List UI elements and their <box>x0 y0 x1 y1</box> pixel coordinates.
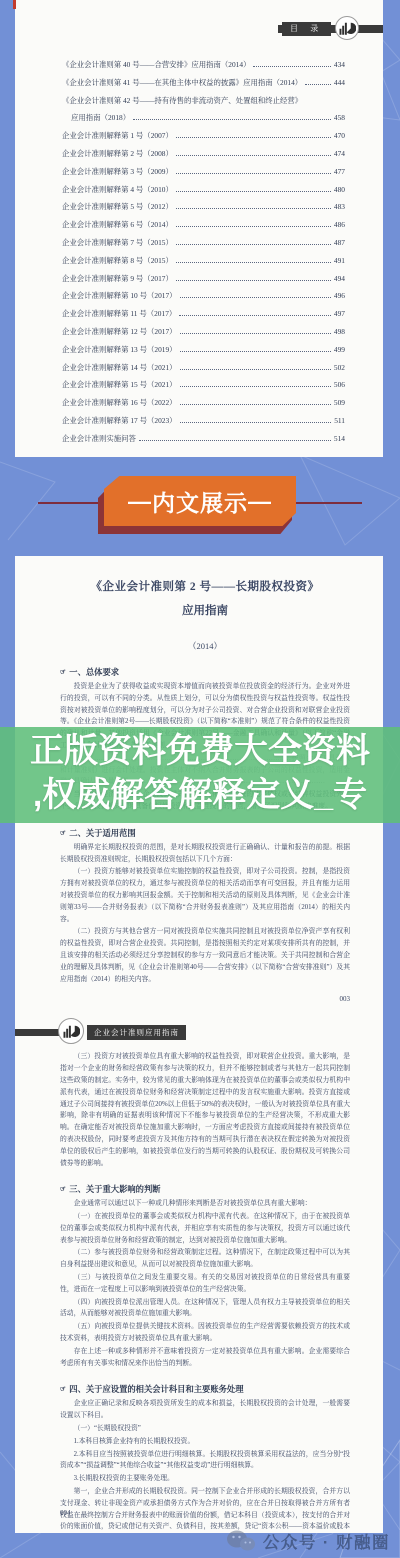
toc-list: 《企业会计准则第 40 号——合营安排》应用指南（2014）434 《企业会计准… <box>62 59 345 451</box>
doc-subtitle: 应用指南 <box>60 604 350 619</box>
toc-entry: 企业会计准则解释第 14 号（2021）502 <box>62 362 345 380</box>
toc-entry: 企业会计准则解释第 1 号（2007）470 <box>62 130 345 148</box>
toc-entry: 应用指南（2018）458 <box>62 112 345 130</box>
section-marker-icon: ☞ <box>59 828 67 837</box>
toc-header-bar: 目 录 <box>278 22 383 36</box>
paragraph: 企业应正确记录和反映各项投资所发生的成本和损益，长期股权投资的会计处理，一般需要… <box>60 1398 350 1422</box>
paragraph: 第一，企业合并形成的长期股权投资。同一控制下企业合并形成的长期股权投资，合并方以… <box>60 1486 350 1533</box>
paragraph: 1.本科目核算企业持有的长期股权投资。 <box>60 1436 350 1448</box>
paragraph: （三）与被投资单位之间发生重要交易。有关的交易因对被投资单位的日常经营具有重要性… <box>60 1272 350 1296</box>
paragraph: （四）向被投资单位派出管理人员。在这种情况下，管理人员有权力主导被投资单位的相关… <box>60 1297 350 1321</box>
footer-label: 公众号 · 财融圈 <box>263 1529 390 1553</box>
paragraph: （一）投资方能够对被投资单位实施控制的权益性投资，即对子公司投资。控制，是指投资… <box>60 866 350 925</box>
banner-title: —内文展示— <box>104 476 296 526</box>
inner-content-banner: —内文展示— <box>0 468 400 542</box>
watermark-text-line1: 正版资料免费大全资料 <box>0 731 400 771</box>
watermark-overlay: 正版资料免费大全资料 ,权威解答解释定义_专 <box>0 727 400 823</box>
section-marker-icon: ☞ <box>59 1185 67 1194</box>
toc-entry: 企业会计准则解释第 10 号（2017）496 <box>62 290 345 308</box>
running-header: 企业会计准则应用指南 <box>87 1025 186 1040</box>
watermark-text-line2: ,权威解答解释定义_专 <box>0 775 400 815</box>
section-heading-4: ☞四、关于应设置的相关会计科目和主要账务处理 <box>60 1383 350 1395</box>
paragraph: 2.本科目应当按照被投资单位进行明细核算。长期股权投资核算采用权益法的，应当分别… <box>60 1449 350 1473</box>
paragraph: （二）参与被投资单位财务和经营政策制定过程。这种情况下，在制定政策过程中可以为其… <box>60 1247 350 1271</box>
wechat-icon <box>226 1529 256 1553</box>
toc-entry: 《企业会计准则第 40 号——合营安排》应用指南（2014）434 <box>62 59 345 77</box>
toc-entry: 企业会计准则解释第 13 号（2019）499 <box>62 344 345 362</box>
toc-entry: 企业会计准则解释第 11 号（2017）497 <box>62 308 345 326</box>
toc-entry: 企业会计准则解释第 7 号（2015）487 <box>62 237 345 255</box>
paragraph: （一）“长期股权投资” <box>60 1423 350 1435</box>
bar-chart-pie-icon <box>335 16 359 40</box>
bar-chart-pie-icon <box>58 1018 84 1044</box>
section-marker-icon: ☞ <box>59 1385 67 1394</box>
toc-entry: 企业会计准则解释第 5 号（2012）483 <box>62 201 345 219</box>
toc-entry: 企业会计准则解释第 17 号（2023）511 <box>62 415 345 433</box>
content-page: 《企业会计准则第 2 号——长期股权投资》 应用指南 （2014） ☞一、总体要… <box>15 556 383 1533</box>
banner-left-line <box>38 502 108 504</box>
paragraph: 企业通常可以通过以下一种或几种情形来判断是否对被投资单位具有重大影响： <box>60 1198 350 1210</box>
toc-entry: 企业会计准则解释第 2 号（2008）474 <box>62 148 345 166</box>
paragraph: （三）投资方对被投资单位具有重大影响的权益性投资，即对联营企业投资。重大影响，是… <box>60 1051 350 1169</box>
paragraph: （一）在被投资单位的董事会或类似权力机构中派有代表。在这种情况下，由于在被投资单… <box>60 1211 350 1246</box>
banner-right-line <box>292 502 362 504</box>
section-heading-2: ☞二、关于适用范围 <box>60 827 350 839</box>
toc-entry: 企业会计准则解释第 12 号（2017）498 <box>62 326 345 344</box>
paragraph: 3.长期股权投资的主要账务处理。 <box>60 1473 350 1485</box>
toc-entry: 《企业会计准则第 41 号——在其他主体中权益的披露》应用指南（2014）444 <box>62 77 345 95</box>
page-number-004: 004 <box>60 1509 71 1517</box>
section-heading-3: ☞三、关于重大影响的判断 <box>60 1183 350 1195</box>
toc-entry: 企业会计准则解释第 8 号（2015）491 <box>62 255 345 273</box>
toc-entry: 企业会计准则解释第 16 号（2022）509 <box>62 397 345 415</box>
doc-year: （2014） <box>60 640 350 652</box>
page-number-003: 003 <box>60 995 350 1003</box>
doc-title: 《企业会计准则第 2 号——长期股权投资》 <box>60 580 350 595</box>
paragraph: 存在上述一种或多种情形并不意味着投资方一定对被投资单位具有重大影响。企业需要综合… <box>60 1346 350 1370</box>
footer: 公众号 · 财融圈 <box>226 1529 390 1553</box>
toc-entry: 企业会计准则解释第 9 号（2017）494 <box>62 273 345 291</box>
paragraph: （二）投资方与其他合营方一同对被投资单位实施共同控制且对被投资单位净资产享有权利… <box>60 926 350 985</box>
paragraph: （五）向被投资单位提供关键技术资料。因被投资单位的生产经营需要依赖投资方的技术或… <box>60 1321 350 1345</box>
paragraph: 明确界定长期股权投资的范围，是对长期股权投资进行正确确认、计量和报告的前提。根据… <box>60 842 350 866</box>
toc-entry: 企业会计准则解释第 6 号（2014）486 <box>62 219 345 237</box>
toc-page: 目 录 《企业会计准则第 40 号——合营安排》应用指南（2014）434 《企… <box>15 0 383 457</box>
toc-entry: 企业会计准则实施问答514 <box>62 433 345 451</box>
toc-title: 目 录 <box>282 22 331 36</box>
page-header-bar: 企业会计准则应用指南 <box>60 1017 350 1047</box>
toc-entry: 企业会计准则解释第 4 号（2010）480 <box>62 184 345 202</box>
section-heading-1: ☞一、总体要求 <box>60 666 350 678</box>
toc-entry: 企业会计准则解释第 15 号（2021）506 <box>62 379 345 397</box>
section-marker-icon: ☞ <box>59 667 67 676</box>
red-corner-mark <box>13 0 16 9</box>
toc-entry: 企业会计准则解释第 3 号（2009）477 <box>62 166 345 184</box>
toc-entry: 《企业会计准则第 42 号——持有待售的非流动资产、处置组和终止经营》 <box>62 95 345 113</box>
